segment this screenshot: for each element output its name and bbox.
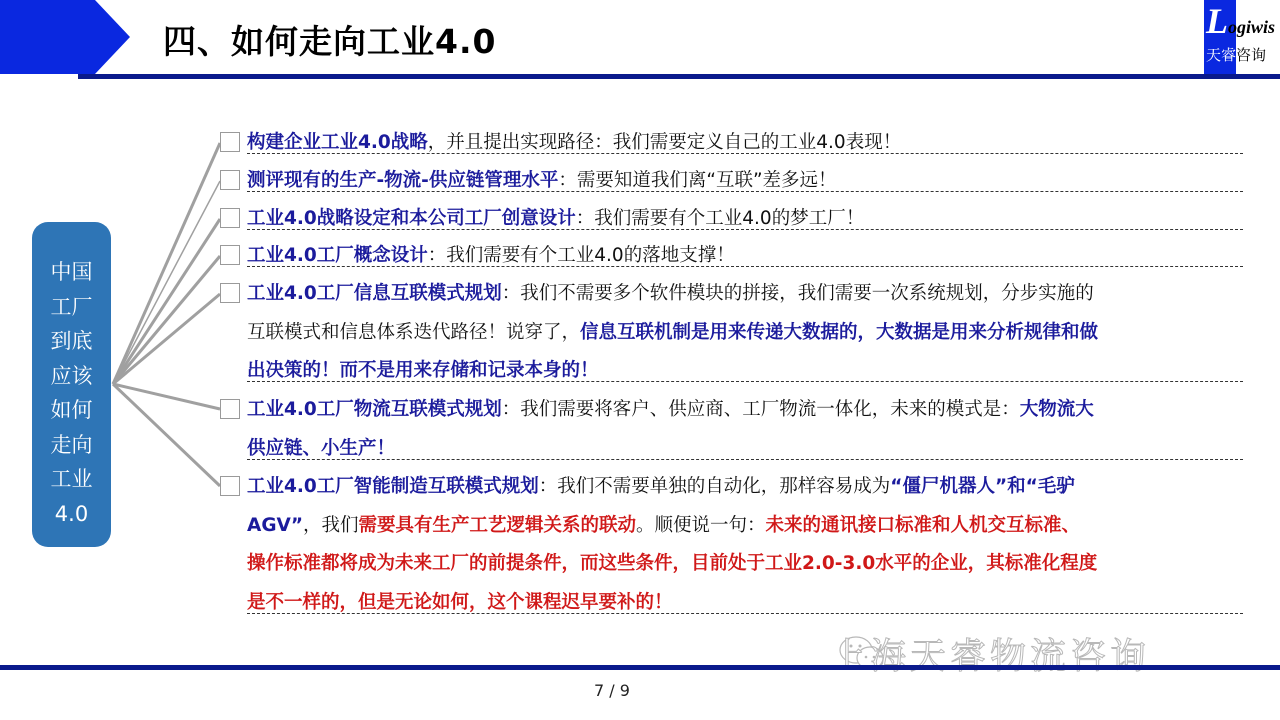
item-description: ，我们 [303, 515, 359, 536]
item-divider [247, 381, 1243, 382]
item-description: ：我们不需要单独的自动化，那样容易成为 [539, 476, 891, 497]
item-text-line: AGV”，我们需要具有生产工艺逻辑关系的联动。顺便说一句：未来的通讯接口标准和人… [247, 514, 1080, 538]
item-text-line: 构建企业工业4.0战略，并且提出实现路径：我们需要定义自己的工业4.0表现！ [247, 131, 901, 155]
item-checkbox[interactable] [220, 170, 240, 190]
hub-line: 应该 [32, 359, 111, 394]
item-description: ，并且提出实现路径：我们需要定义自己的工业4.0表现！ [428, 132, 901, 153]
item-text-line: 是不一样的，但是无论如何，这个课程迟早要补的！ [247, 591, 673, 615]
item-description: ：需要知道我们离“互联”差多远！ [558, 170, 836, 191]
item-text-line: 操作标准都将成为未来工厂的前提条件，而这些条件，目前处于工业2.0-3.0水平的… [247, 552, 1097, 576]
item-text-line: 工业4.0战略设定和本公司工厂创意设计：我们需要有个工业4.0的梦工厂！ [247, 207, 864, 231]
logo-wordmark-rest: ogiwis [1228, 17, 1275, 37]
hub-line: 4.0 [32, 497, 111, 532]
item-heading: 工业4.0战略设定和本公司工厂创意设计 [247, 208, 576, 229]
logo-chinese-name: 天睿咨询 [1206, 44, 1266, 65]
watermark-text: 上海天睿物流咨询 [830, 628, 1150, 679]
item-emphasis-red: 未来的通讯接口标准和人机交互标准、 [766, 515, 1081, 536]
item-emphasis-red: 需要具有生产工艺逻辑关系的联动 [359, 515, 637, 536]
item-description: 。顺便说一句： [636, 515, 766, 536]
hub-line: 到底 [32, 324, 111, 359]
item-heading: 工业4.0工厂信息互联模式规划 [247, 283, 502, 304]
logo-cn-highlight: 天睿 [1206, 46, 1236, 64]
item-text-line: 出决策的！而不是用来存储和记录本身的！ [247, 359, 599, 383]
item-emphasis-red: 是不一样的，但是无论如何，这个课程迟早要补的！ [247, 592, 673, 613]
hub-line: 如何 [32, 393, 111, 428]
item-emphasis-red: 操作标准都将成为未来工厂的前提条件，而这些条件，目前处于工业2.0-3.0水平的… [247, 553, 1097, 574]
logo-initial: L [1206, 1, 1228, 41]
item-text-line: 工业4.0工厂信息互联模式规划：我们不需要多个软件模块的拼接，我们需要一次系统规… [247, 282, 1094, 306]
item-text-line: 测评现有的生产-物流-供应链管理水平：需要知道我们离“互联”差多远！ [247, 169, 837, 193]
item-description: ：我们不需要多个软件模块的拼接，我们需要一次系统规划，分步实施的 [502, 283, 1094, 304]
item-heading: 构建企业工业4.0战略 [247, 132, 428, 153]
item-heading: AGV” [247, 515, 303, 536]
footer-divider [0, 665, 1280, 670]
item-heading: 出决策的！而不是用来存储和记录本身的！ [247, 360, 599, 381]
item-description: ：我们需要有个工业4.0的梦工厂！ [576, 208, 864, 229]
item-checkbox[interactable] [220, 283, 240, 303]
item-divider [247, 191, 1243, 192]
item-checkbox[interactable] [220, 399, 240, 419]
item-heading: 工业4.0工厂概念设计 [247, 245, 428, 266]
header-divider [78, 74, 1280, 79]
item-heading: 信息互联机制是用来传递大数据的，大数据是用来分析规律和做 [580, 322, 1098, 343]
page-title: 四、如何走向工业4.0 [163, 16, 496, 63]
central-question-text: 中国 工厂 到底 应该 如何 走向 工业 4.0 [32, 255, 111, 531]
item-heading: 大物流大 [1020, 399, 1094, 420]
item-text-line: 供应链、小生产！ [247, 437, 395, 461]
central-question-box: 中国 工厂 到底 应该 如何 走向 工业 4.0 [32, 222, 111, 547]
item-heading: 工业4.0工厂智能制造互联模式规划 [247, 476, 539, 497]
hub-line: 工厂 [32, 290, 111, 325]
logo-wordmark: Logiwis [1206, 0, 1275, 42]
item-heading: 测评现有的生产-物流-供应链管理水平 [247, 170, 558, 191]
hub-line: 中国 [32, 255, 111, 290]
item-description: 互联模式和信息体系迭代路径！说穿了， [247, 322, 580, 343]
item-description: ：我们需要有个工业4.0的落地支撑！ [428, 245, 735, 266]
item-divider [247, 459, 1243, 460]
item-heading: 供应链、小生产！ [247, 438, 395, 459]
item-divider [247, 613, 1243, 614]
item-heading: 工业4.0工厂物流互联模式规划 [247, 399, 502, 420]
item-checkbox[interactable] [220, 208, 240, 228]
page-indicator: 7 / 9 [594, 681, 630, 700]
item-checkbox[interactable] [220, 132, 240, 152]
item-description: ：我们需要将客户、供应商、工厂物流一体化，未来的模式是： [502, 399, 1020, 420]
item-divider [247, 266, 1243, 267]
item-checkbox[interactable] [220, 476, 240, 496]
item-divider [247, 153, 1243, 154]
hub-line: 工业 [32, 462, 111, 497]
item-heading: “僵尸机器人”和“毛驴 [890, 476, 1074, 497]
item-text-line: 工业4.0工厂物流互联模式规划：我们需要将客户、供应商、工厂物流一体化，未来的模… [247, 398, 1094, 422]
item-text-line: 互联模式和信息体系迭代路径！说穿了，信息互联机制是用来传递大数据的，大数据是用来… [247, 321, 1098, 345]
logo-cn-rest: 咨询 [1236, 46, 1266, 64]
item-divider [247, 229, 1243, 230]
hub-line: 走向 [32, 428, 111, 463]
item-text-line: 工业4.0工厂概念设计：我们需要有个工业4.0的落地支撑！ [247, 244, 735, 268]
item-text-line: 工业4.0工厂智能制造互联模式规划：我们不需要单独的自动化，那样容易成为“僵尸机… [247, 475, 1075, 499]
header-arrow-shape [0, 0, 130, 74]
item-checkbox[interactable] [220, 245, 240, 265]
